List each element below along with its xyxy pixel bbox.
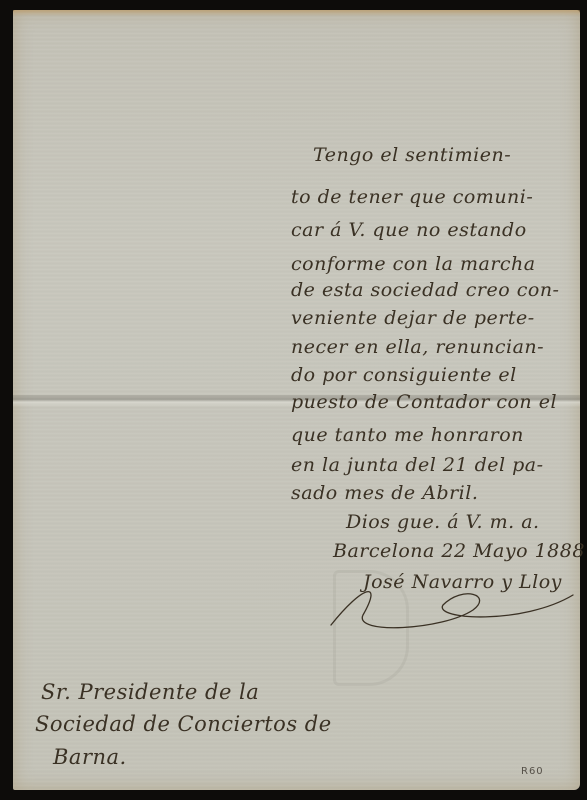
- letter-body-line: veniente dejar de perte-: [291, 307, 535, 329]
- addressee-line: Sr. Presidente de la: [41, 680, 259, 704]
- letter-body-line: de esta sociedad creo con-: [291, 279, 559, 301]
- letter-body-line: conforme con la marcha: [291, 253, 536, 275]
- letter-body-line: do por consiguiente el: [291, 364, 517, 386]
- letter-body-line: necer en ella, renuncian-: [291, 336, 544, 358]
- addressee-line: Sociedad de Conciertos de: [35, 712, 332, 736]
- letter-body-line: puesto de Contador con el: [291, 391, 557, 413]
- addressee-line: Barna.: [53, 745, 127, 769]
- archive-reference: R60: [521, 766, 544, 777]
- letter-body-line: que tanto me honraron: [291, 424, 524, 446]
- letter-body-line: to de tener que comuni-: [291, 186, 533, 208]
- letter-body-line: sado mes de Abril.: [291, 482, 478, 504]
- place-and-date: Barcelona 22 Mayo 1888: [333, 540, 585, 562]
- paper-aged-edge: [13, 10, 580, 16]
- letter-body-line: car á V. que no estando: [291, 219, 527, 241]
- letter-body-line: en la junta del 21 del pa-: [291, 454, 544, 476]
- document-scan: Tengo el sentimien- to de tener que comu…: [0, 0, 587, 800]
- closing-formula: Dios gue. á V. m. a.: [346, 511, 540, 533]
- paper-sheet: Tengo el sentimien- to de tener que comu…: [13, 10, 580, 790]
- signature-flourish-icon: [323, 575, 583, 635]
- letter-body-line: Tengo el sentimien-: [313, 144, 511, 166]
